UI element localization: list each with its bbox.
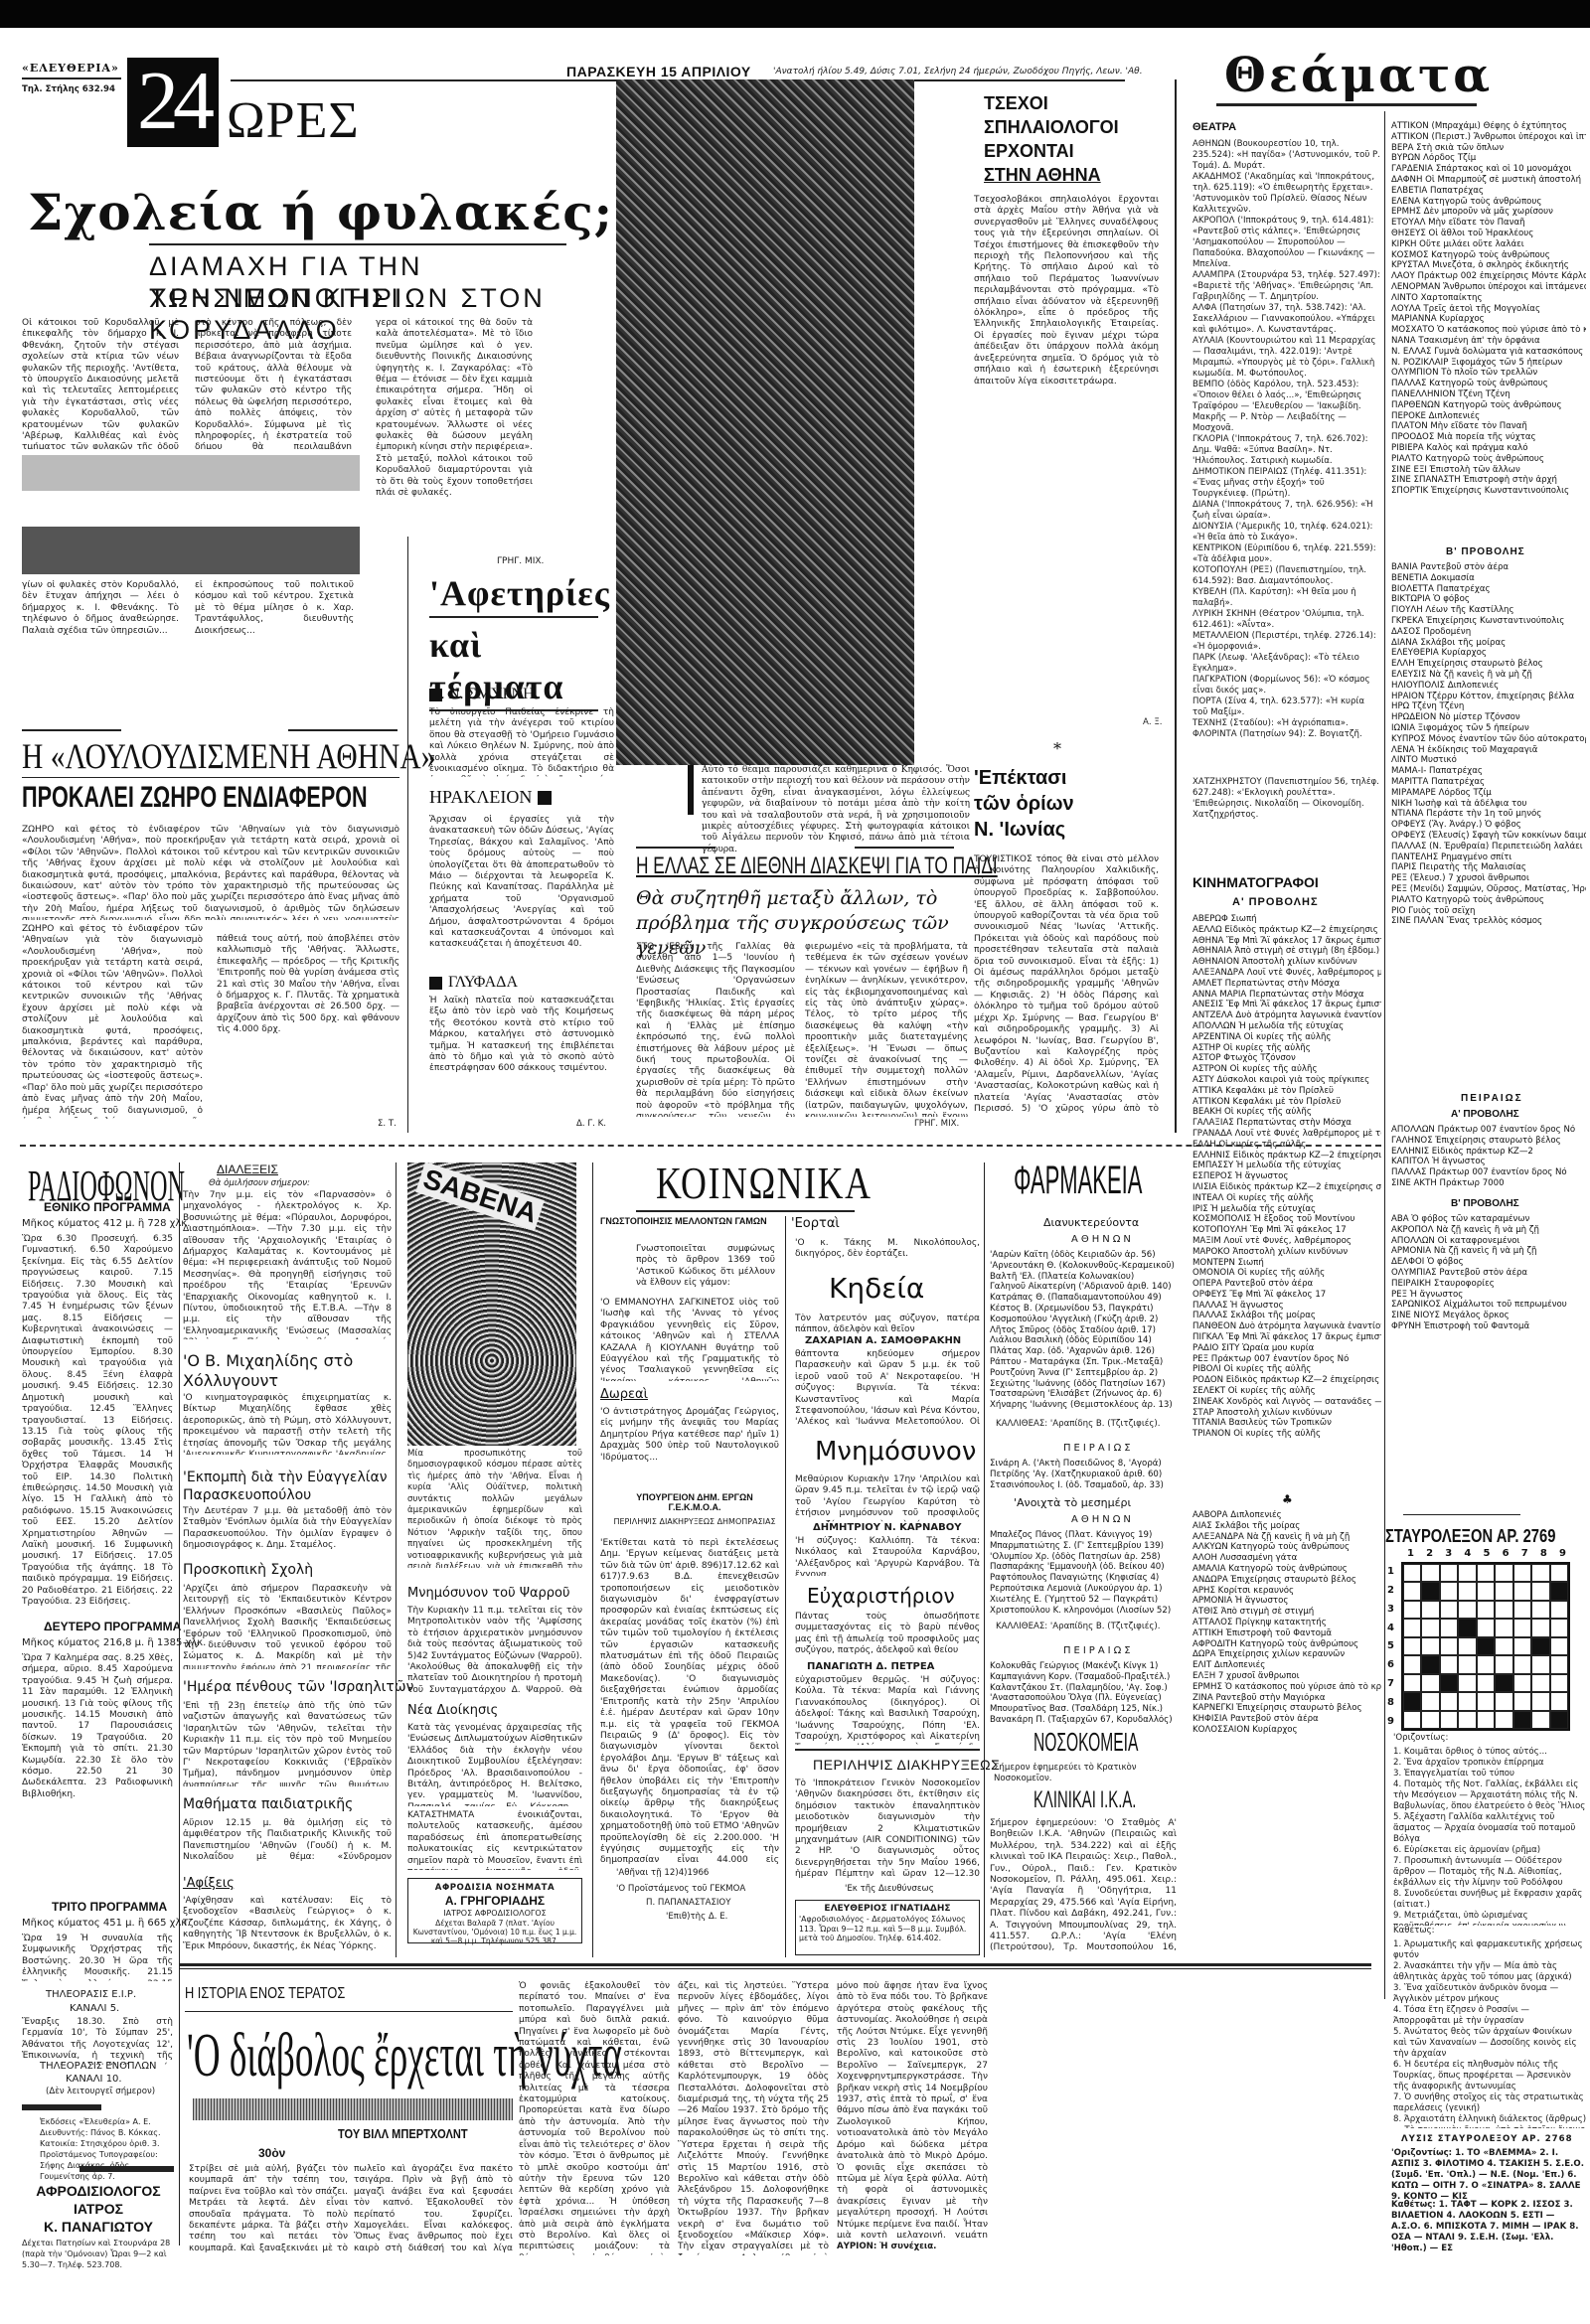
- cinema-entry: ΟΡΦΕΥΣ Ἔφ Μπὶ Ἄϊ φάκελος 17: [1192, 1290, 1381, 1301]
- noon-kallithea: ΚΑΛΛΙΘΕΑΣ: 'Αραπίδης Β. (Τζιτζιφιές).: [996, 1622, 1175, 1632]
- crossword-cell[interactable]: [1458, 1582, 1476, 1600]
- crossword-cell[interactable]: [1495, 1619, 1512, 1636]
- pharmacy-entry: Βαλτῆ 'Ελ. (Πλατεία Κολωνακίου): [990, 1272, 1177, 1283]
- tender-body: Τὸ 'Ιπποκράτειον Γενικὸν Νοσοκομεῖον 'Αθ…: [795, 1779, 980, 1878]
- flowered-body-col2: πάθειά τους αὐτή, ποὺ ἀποβλέπει στὸν καλ…: [217, 934, 399, 1113]
- cinema-entry: ΠΑΛΛΑΣ (Ν. Ἐρυθραία) Περιπετειώδη λαλάει: [1391, 842, 1586, 852]
- divider: [149, 243, 566, 245]
- crossword-cell[interactable]: [1458, 1655, 1476, 1673]
- cinema-entry: ΓΚΡΕΚΑ Ἐπιχείρησις Κωνσταντινούπολις: [1391, 616, 1586, 627]
- cinema-entry: ΕΤΟΥΑΛ Μὴν εἴδατε τὸν Παναῆ: [1391, 218, 1586, 229]
- cinema-entry: ΖΙΝΑ Ραντεβοῦ στὴν Μαγιόρκα: [1192, 1693, 1381, 1704]
- cinema-entry: ΟΡΦΕΥΣ (Ἅγ. Ἀνάργ.) Ὁ φόβος: [1391, 820, 1586, 831]
- thanks-title: Εὐχαριστήριον: [807, 1584, 955, 1608]
- clue: 4. Τόσα ἔτη ἔζησεν ὁ Ροσσίνι — Ἀπορροφᾶτ…: [1393, 2005, 1588, 2027]
- column-rule: [1175, 79, 1177, 1133]
- irakleion-body: Ἄρχισαν οἱ ἐργασίες γιὰ τὴν ἀνακατασκευὴ…: [429, 815, 614, 964]
- clue: 7. Προσωπικὴ ἀντωνυμία — Οὐδέτερον ἄρθρο…: [1393, 1856, 1588, 1889]
- crossword-cell[interactable]: [1458, 1564, 1476, 1582]
- smyrni-body: Τὸ ὑπουργεῖο Παιδείας ἐνέκρινε τὴ μελέτη…: [429, 707, 614, 777]
- clue: 6. Εὑρίσκεται εἰς ἁρμονίαν (ρῆμα): [1393, 1845, 1588, 1856]
- cinemas-right-top-list: ΑΤΤΙΚΟΝ (Μπραχάμι) Θέφης ὁ ἐχτύπητος ΑΤΤ…: [1391, 121, 1586, 548]
- cinema-entry: ΡΙΑΛΤΟ Κατηγορῶ τοὺς ἀνθρώπους: [1391, 895, 1586, 906]
- pharmacy-entry: Ράπτου - Ματαράγκα (Σπ. Τρικ.-Μεταξᾶ): [990, 1357, 1177, 1368]
- cinema-entry: ΑΤΤΙΚΟΝ Κεφαλάκι μὲ τὸν Πρίσλεϋ: [1192, 1097, 1381, 1108]
- piraeus-title: ΠΕΙΡΑΙΩΣ: [1461, 1093, 1523, 1104]
- cinema-entry: ΟΡΦΕΥΣ (Ἐλευσίς) Σφαγὴ τῶν κοκκίνων δαιμ…: [1391, 831, 1586, 842]
- crossword-cell[interactable]: [1531, 1655, 1549, 1673]
- crossword-cell[interactable]: [1458, 1637, 1476, 1655]
- pharmacy-entry: 'Ολυμπίου Χρ. (ὁδὸς Πατησίων ἀρ. 258): [990, 1552, 1177, 1563]
- clue: 5. Ἀξέχαστη Γαλλίδα καλλιτέχνις τοῦ ἄσμα…: [1393, 1812, 1588, 1845]
- solution-across: 'Οριζοντίως: 1. ΤΟ «ΒΛΕΜΜΑ» 2. Ι. ΑΣΠΙΣ …: [1391, 2148, 1586, 2203]
- crossword-cell[interactable]: [1531, 1619, 1549, 1636]
- clue: 3. Ἕνα χαϊδευτικὸν ἀνδρικὸν ὄνομα — Ἀγγλ…: [1393, 1983, 1588, 2005]
- crossword-cell[interactable]: [1421, 1692, 1439, 1710]
- czech-headline-line: ΣΤΗΝ ΑΘΗΝΑ: [984, 163, 1183, 187]
- cinema-entry: ΣΙΝΕ ΕΞΙ Ἐπιστολὴ τῶν ἄλλων: [1391, 465, 1586, 476]
- cinema-entry: ΠΑΡΘΕΝΩΝ Κατηγορῶ τοὺς ἀνθρώπους: [1391, 400, 1586, 411]
- cinema-entry: ΣΠΟΡΤΙΚ Ἐπιχείρησις Κωνσταντινούπολις: [1391, 486, 1586, 497]
- crossword-cell[interactable]: [1513, 1655, 1531, 1673]
- divider: [855, 847, 954, 849]
- new-admin-title: Νέα Διοίκησις: [407, 1703, 498, 1718]
- solution-title: ΛΥΣΙΣ ΣΤΑΥΡΟΛΕΞΟΥ ΑΡ. 2768: [1401, 2134, 1573, 2145]
- clue: 1. Κοιμᾶται ὄρθιος ὁ τύπος αὐτός...: [1393, 1747, 1588, 1758]
- crossword-cell[interactable]: [1550, 1655, 1568, 1673]
- public-works-title: ΥΠΟΥΡΓΕΙΟΝ ΔΗΜ. ΕΡΓΩΝ Γ.Ε.Κ.Μ.Ο.Α.: [610, 1492, 779, 1512]
- epektasi-body: ΤΟΥΡΙΣΤΙΚΟΣ τόπος θὰ εἶναι στὸ μέλλον ἡ …: [974, 854, 1159, 1113]
- crossword-cell[interactable]: [1513, 1619, 1531, 1636]
- square-bullet-icon: [429, 977, 442, 990]
- theatre-entry: ΛΥΡΙΚΗ ΣΚΗΝΗ (Θέατρον 'Ολύμπια, τηλ. 612…: [1192, 609, 1381, 631]
- crossword-cell[interactable]: [1458, 1692, 1476, 1710]
- piraeus-first-list: ΑΠΟΛΛΩΝ Πράκτωρ 007 ἐναντίον δρος Νό ΓΑΛ…: [1391, 1125, 1586, 1192]
- theatre-entry: ΑΚΡΟΠΟΛ ('Ιπποκράτους 9, τηλ. 614.481): …: [1192, 216, 1381, 270]
- czech-body: Τσεχοσλοβάκοι σπηλαιολόγοι ἔρχονται στὰ …: [974, 195, 1159, 719]
- row-number: 2: [1387, 1585, 1399, 1596]
- cinema-entry: ΑΛΕΞΑΝΔΡΑ Λουῒ ντὲ Φυνές, λαθρέμπορος μὲ…: [1192, 968, 1381, 979]
- crossword-cell[interactable]: [1403, 1711, 1421, 1729]
- theatre-entry: ΠΟΡΤΑ (Σίνα 4, τηλ. 623.577): «Ἡ κυρία τ…: [1192, 697, 1381, 718]
- tender-sign: 'Εκ τῆς Διευθύνσεως: [845, 1884, 934, 1895]
- crossword-cell[interactable]: [1421, 1601, 1439, 1619]
- cinema-entry: Ν. ΡΟΖΙΚΛΑΙΡ Ξιφομάχος τῶν 5 ἠπείρων: [1391, 358, 1586, 369]
- new-admin-body: Κατὰ τὰς γενομένας ἀρχαιρεσίας τῆς 'Ενώσ…: [407, 1723, 582, 1806]
- crossword-cell[interactable]: [1513, 1674, 1531, 1692]
- cinema-entry: ΒΥΡΩΝ Λόρδος Τζίμ: [1391, 153, 1586, 164]
- monster-col-2: πωλεῖο καὶ ἀγοράζει ἕνα πακέτο τσιγάρα. …: [354, 2164, 513, 2253]
- czech-headline: ΤΣΕΧΟΙ ΣΠΗΛΑΙΟΛΟΓΟΙ ΕΡΧΟΝΤΑΙ ΣΤΗΝ ΑΘΗΝΑ: [984, 91, 1183, 187]
- pharmacy-entry: Τσατσαρώνη 'Ελισάβετ (Ζήνωνος ἀρ. 6): [990, 1389, 1177, 1400]
- cinema-entry: ΚΑΡΝΕΓΚΙ Ἐπιχείρησις σταυρωτὸ βέλος: [1192, 1703, 1381, 1714]
- cinema-entry: ΚΡΥΣΤΑΛ Μινεζότα, ὁ σκληρὸς ἐκδικητής: [1391, 260, 1586, 271]
- crossword-cell[interactable]: [1403, 1637, 1421, 1655]
- lead-headline: Σχολεία ή φυλακές;: [28, 183, 613, 241]
- memorial-body: Μεθαύριον Κυριακὴν 17ην 'Απριλίου καὶ ὥρ…: [795, 1474, 980, 1522]
- cinema-entry: ΣΙΝΕΑΚ Χονδρὸς καὶ Λιγνὸς — σατανάδες — …: [1192, 1397, 1381, 1408]
- crossword-title: ΣΤΑΥΡΟΛΕΞΟΝ ΑΡ. 2769: [1385, 1526, 1553, 1547]
- cinema-entry: ΗΡΩ Τζένη Τζένη: [1391, 701, 1586, 712]
- crossword-black-cell: [1421, 1655, 1439, 1673]
- section-rule: [179, 1963, 1371, 1966]
- hospitals-title: ΝΟΣΟΚΟΜΕΙΑ: [1033, 1727, 1138, 1758]
- cinema-entry: ΑΠΟΛΛΩΝ Οἱ καταφρονεμένοι: [1391, 1236, 1586, 1247]
- column-rule: [592, 1162, 593, 1957]
- irakleion-header: ΗΡΑΚΛΕΙΟΝ: [429, 787, 552, 808]
- cinema-entry: ΡΕΞ (Ἐλευσ.) 7 χρυσοὶ ἄνθρωποι: [1391, 873, 1586, 884]
- cinema-entry: ΗΡΩΔΕΙΟΝ Νὸ μίστερ Τζόνσον: [1391, 712, 1586, 723]
- crossword-cell[interactable]: [1513, 1692, 1531, 1710]
- cinema-entry: ΓΡΑΝΑΔΑ Λουῒ ντὲ Φυνές λαθρέμπορος μὲ τὸ…: [1192, 1129, 1381, 1140]
- crossword-row-numbers: 123456789: [1387, 1562, 1399, 1731]
- section-separator: [20, 1145, 1381, 1147]
- crossword-cell[interactable]: [1477, 1711, 1495, 1729]
- crossword-cell[interactable]: [1513, 1564, 1531, 1582]
- cinema-entry: ΡΙΒΟΛΙ Οἱ κυρίες τῆς αὐλῆς: [1192, 1364, 1381, 1375]
- crossword-cell[interactable]: [1550, 1692, 1568, 1710]
- lead-col-1: Οἱ κάτοικοι τοῦ Κορυδαλλοῦ, μὲ ἐπικεφαλῆ…: [22, 318, 179, 449]
- thanks-body: Πάντας τοὺς ὁπωσδήποτε συμμετασχόντας εἰ…: [795, 1612, 980, 1659]
- crossword-cell[interactable]: [1440, 1564, 1458, 1582]
- crossword-cell[interactable]: [1513, 1582, 1531, 1600]
- theatre-entry: ΧΑΤΖΗΧΡΗΣΤΟΥ (Πανεπιστημίου 56, τηλέφ. 6…: [1192, 777, 1381, 841]
- cinema-entry: ΠΑΝΤΕΛΗΣ Ρημαγμένο σπίτι: [1391, 852, 1586, 863]
- crossword-cell[interactable]: [1495, 1692, 1512, 1710]
- down-clues: 1. Ἀρωματικῆς καὶ φαρμακευτικῆς χρήσεως …: [1393, 1939, 1588, 2128]
- theatre-entry: ΦΛΟΡΙΝΤΑ (Πατησίων 94): Ζ. Βογιατζῆ.: [1192, 729, 1381, 740]
- crossword-cell[interactable]: [1495, 1637, 1512, 1655]
- cinema-entry: ΟΛΥΜΠΙΑΣ Ραντεβοῦ στὸν ἀέρα: [1391, 1268, 1586, 1279]
- cinema-entry: ΜΑΡΙΤΤΑ Παπατρέχας: [1391, 777, 1586, 788]
- pharmacy-entry: Πετρίδης 'Αγ. (Χατζηκυριακοῦ ἀριθ. 60): [990, 1470, 1177, 1480]
- lecture-item-body: 'Ο κινηματογραφικὸς ἐπιχειρηματίας κ. Βί…: [183, 1393, 392, 1455]
- pharmacy-entry: Πλάτας Χαρ. (ὁδ. 'Αχαρνῶν ἀριθ. 126): [990, 1346, 1177, 1357]
- crossword-cell[interactable]: [1403, 1655, 1421, 1673]
- noon-athens-list: Μπαλέζος Πάνος (Πλατ. Κάνιγγος 19) Μπαρμ…: [990, 1530, 1177, 1620]
- crossword-cell[interactable]: [1458, 1601, 1476, 1619]
- noon-athens-title: ΑΘΗΝΩΝ: [1071, 1514, 1134, 1525]
- across-title: 'Οριζοντίως:: [1393, 1733, 1448, 1744]
- cinema-entry: ΔΑΣΟΣ Προδομένη: [1391, 627, 1586, 638]
- crossword-cell[interactable]: [1495, 1711, 1512, 1729]
- crossword-cell[interactable]: [1495, 1601, 1512, 1619]
- pharmacy-entry: Ρουτζούνη Ἄννα (Γ' Σεπτεμβρίου ἀρ. 2): [990, 1368, 1177, 1379]
- psarros-title: Μνημόσυνον τοῦ Ψαρροῦ: [407, 1586, 570, 1601]
- tv-channel: ΚΑΝΑΛΙ 5.: [70, 2003, 119, 2014]
- paper-name: «ΕΛΕΥΘΕΡΙΑ»: [22, 62, 119, 75]
- cinema-entry: ΠΕΡΟΚΕ Διπλοπενιές: [1391, 411, 1586, 422]
- first-run-list: ΑΒΕΡΩΦ Σιωπή ΑΕΛΛΩ Εἰδικὸς πράκτωρ ΚΖ—2 …: [1192, 914, 1381, 1490]
- cinema-entry: ΡΟΔΟΝ Εἰδικὸς πράκτωρ ΚΖ—2 ἐπιχείρησις σ…: [1192, 1375, 1381, 1386]
- cinema-entry: ΑΠΟΛΛΩΝ Πράκτωρ 007 ἐναντίον δρος Νό: [1391, 1125, 1586, 1136]
- crossword-black-cell: [1403, 1692, 1421, 1710]
- cinema-entry: ΛΕΝΑ Ἡ ἐκδίκησις τοῦ Μαχαραγιᾶ: [1391, 745, 1586, 756]
- funeral-name: ΖΑΧΑΡΙΑΝ Α. ΣΑΜΟΘΡΑΚΗΝ: [805, 1335, 961, 1346]
- conference-body-col1: ΣΤΟ 'Εβιὰν τῆς Γαλλίας θὰ συνέλθη ἀπὸ 1—…: [636, 942, 795, 1117]
- divider: [185, 2011, 513, 2012]
- column-number: 1: [1407, 1548, 1414, 1559]
- pharmacy-entry: Λιάλιου Βασιλικὴ (ὁδὸς Εὐριπίδου 14): [990, 1335, 1177, 1346]
- crossword-cell[interactable]: [1550, 1619, 1568, 1636]
- pharmacy-entry: Ραφτόπουλος Παναγιώτης (Κηφισίας 4): [990, 1573, 1177, 1584]
- crossword-cell[interactable]: [1531, 1601, 1549, 1619]
- tv2-status: (Δὲν λειτουργεῖ σήμερον): [46, 2087, 155, 2097]
- third-schedule: Ὥρα 19 Ἡ συναυλία τῆς Συμφωνικῆς Ὀρχήστρ…: [22, 1934, 173, 1981]
- crossword-cell[interactable]: [1403, 1582, 1421, 1600]
- crossword-cell[interactable]: [1477, 1655, 1495, 1673]
- glyfada-title: ΓΛΥΦΑΔΑ: [448, 974, 518, 992]
- cinema-entry: ΚΟΤΟΠΟΥΛΗ Ἔφ Μπὶ Ἄϊ φάκελος 17: [1192, 1225, 1381, 1236]
- clue: 5. Ἀνώτατος θεὸς τῶν ἀρχαίων Φοινίκων κα…: [1393, 2027, 1588, 2060]
- ad-line: ΑΦΡΟΔΙΣΙΟΛΟΓΟΣ: [24, 2182, 173, 2200]
- column-number: 3: [1445, 1548, 1452, 1559]
- lecture-item-title: 'Ο Β. Μιχαηλίδης στὸ Χόλλυγουντ: [183, 1351, 392, 1391]
- lectures-intro: Θὰ ὁμιλήσουν σήμερον:: [209, 1178, 310, 1189]
- first-run-title: Α' ΠΡΟΒΟΛΗΣ: [1232, 896, 1319, 908]
- cinema-entry: ΑΤΤΙΚΟΝ (Μπραχάμι) Θέφης ὁ ἐχτύπητος: [1391, 121, 1586, 132]
- cinema-entry: ΑΤΤΑΛΟΣ Πρίγκηψ κατακτητής: [1192, 1618, 1381, 1628]
- cinema-entry: ΠΡΟΟΔΟΣ Μιὰ πορεία τῆς νύχτας: [1391, 432, 1586, 443]
- crossword-cell[interactable]: [1477, 1692, 1495, 1710]
- lectures-title: ΔΙΑΛΕΞΕΙΣ: [217, 1162, 278, 1176]
- crossword-cell[interactable]: [1458, 1674, 1476, 1692]
- national-schedule: Ὥρα 6.30 Προσευχή. 6.35 Γυμναστική. 6.50…: [22, 1234, 173, 1612]
- pharmacy-entry: 'Αρνεουτάκη Θ. (Κολοκυνθοῦς-Κεραμεικοῦ): [990, 1261, 1177, 1272]
- cinema-entry: ΑΕΛΛΩ Εἰδικὸς πράκτωρ ΚΖ—2 ἐπιχείρησις σ…: [1192, 925, 1381, 936]
- cinema-entry: ΑΠΟΛΛΩΝ Ἡ μελωδία τῆς εὐτυχίας: [1192, 1021, 1381, 1032]
- divider: [1403, 1514, 1520, 1515]
- square-bullet-icon: [538, 791, 552, 805]
- cinema-entry: ΕΛΙΤ Διπλοπενιές: [1192, 1660, 1381, 1671]
- cinema-entry: ΔΙΑΝΑ Σκλάβοι τῆς μοίρας: [1391, 638, 1586, 649]
- crossword-cell[interactable]: [1531, 1692, 1549, 1710]
- memorial-name: ΔΗΜΗΤΡΙΟΥ Ν. ΚΑΡΝΑΒΟΥ: [813, 1522, 961, 1533]
- pharmacy-entry: Ρερπούτσικα Λεμονιὰ (Λυκούργου ἀρ. 1): [990, 1584, 1177, 1595]
- pharmacy-entry: Χιωτέλης Ε. (Ὑμηττοῦ 52 — Παγκράτι): [990, 1595, 1177, 1606]
- crossword-cell[interactable]: [1495, 1655, 1512, 1673]
- flowered-body: ΖΩΗΡΟ καὶ φέτος τὸ ἐνδιαφέρον τῶν 'Αθηνα…: [22, 825, 399, 920]
- decorative-band: [193, 2098, 513, 2120]
- crossword-cell[interactable]: [1477, 1601, 1495, 1619]
- cinema-entry: ΝΤΙΑΝΑ Περάστε τὴν 1η τοῦ μηνός: [1391, 809, 1586, 820]
- name-days-body: 'Ο κ. Τάκης Μ. Νικολόπουλος, δικηγόρος, …: [795, 1238, 980, 1264]
- conference-headline: Η ΕΛΛΑΣ ΣΕ ΔΙΕΘΝΗ ΔΙΑΣΚΕΨΙ ΓΙΑ ΤΟ ΠΑΙΔΙ: [636, 852, 998, 880]
- cinema-entry: ΕΛΕΥΣΙΣ Νὰ ζῇ κανεὶς ἢ νὰ μὴ ζῇ: [1391, 670, 1586, 681]
- epektasi-headline: 'Επέκτασι τῶν ὁρίων Ν. 'Ιωνίας: [974, 765, 1074, 843]
- third-wave: Μῆκος κύματος 451 μ. ἢ 665 χλκ.: [22, 1918, 190, 1929]
- czech-headline-line: ΣΠΗΛΑΙΟΛΟΓΟΙ: [984, 115, 1183, 139]
- crossword-black-cell: [1531, 1637, 1549, 1655]
- cinema-entry: ΚΟΣΜΟΠΟΛΙΣ Ἡ ἔξοδος τοῦ Μοντίνου: [1192, 1214, 1381, 1225]
- crossword-cell[interactable]: [1477, 1582, 1495, 1600]
- ad-spec: ΙΑΤΡΟΣ ΑΦΡΟΔΙΣΙΟΛΟΓΟΣ: [412, 1908, 577, 1919]
- cinema-entry: ΗΛΙΟΥΠΟΛΙΣ Διπλοπενιές: [1391, 681, 1586, 692]
- crossword-cell[interactable]: [1403, 1601, 1421, 1619]
- crossword-cell[interactable]: [1477, 1674, 1495, 1692]
- row-number: 8: [1387, 1697, 1399, 1708]
- crossword-cell[interactable]: [1495, 1564, 1512, 1582]
- crossword-cell[interactable]: [1403, 1564, 1421, 1582]
- ad-venereologist: ΑΦΡΟΔΙΣΙΟΛΟΓΟΣ ΙΑΤΡΟΣ Κ. ΠΑΝΑΓΙΩΤΟΥ: [24, 2182, 173, 2236]
- crossword-cell[interactable]: [1550, 1564, 1568, 1582]
- marriage-title: ΓΝΩΣΤΟΠΟΙΗΣΙΣ ΜΕΛΛΟΝΤΩΝ ΓΑΜΩΝ: [600, 1216, 779, 1226]
- theamata-rule: [1216, 103, 1477, 106]
- hospitals-body: Σήμερον ἐφημερεύει τὸ Κρατικὸν Νοσοκομεῖ…: [994, 1763, 1177, 1784]
- lecture-item-title: Προσκοπικὴ Σχολὴ: [183, 1562, 313, 1578]
- crossword-cell[interactable]: [1421, 1637, 1439, 1655]
- crossword-cell[interactable]: [1513, 1601, 1531, 1619]
- cinema-entry: ΜΟΝΤΕΡΝ Σιωπή: [1192, 1258, 1381, 1269]
- cinema-entry: ΑΛΚΥΩΝ Κατηγορῶ τοὺς ἀνθρώπους: [1192, 1542, 1381, 1553]
- cinema-entry: ΑΒΑ Ὁ φόβος τῶν καταραμένων: [1391, 1214, 1586, 1225]
- row-number: 9: [1387, 1716, 1399, 1727]
- second-run-list: ΑΑΒΟΡΑ Διπλοπενιές ΑΙΑΣ Σκλάβοι τῆς μοίρ…: [1192, 1510, 1381, 1749]
- crossword-cell[interactable]: [1440, 1711, 1458, 1729]
- sabena-caption: Μία προσωπικότης τοῦ δημοσιογραφικοῦ κόσ…: [407, 1449, 582, 1568]
- cinema-entry: ΜΑΜΑ-Ι- Παπατρέχας: [1391, 766, 1586, 777]
- tv-title: ΤΗΛΕΟΡΑΣΙΣ Ε.Ι.Ρ.: [46, 1989, 136, 2000]
- crossword-cell[interactable]: [1550, 1601, 1568, 1619]
- cinema-entry: ΣΙΝΕ ΠΑΛΑΝ Ἕνας τρελλὸς κόσμος: [1391, 916, 1586, 927]
- crossword-cell[interactable]: [1440, 1637, 1458, 1655]
- cinema-entry: ΠΑΛΛΑΣ Σκλάβοι τῆς μοίρας: [1192, 1311, 1381, 1321]
- cinema-entry: ΘΗΣΕΥΣ Οἱ ἄθλοι τοῦ Ἡρακλέους: [1391, 229, 1586, 239]
- cinema-entry: ΣΕΛΕΚΤ Οἱ κυρίες τῆς αὐλῆς: [1192, 1386, 1381, 1397]
- pharmacy-entry: Καμπαγιάννη Κορν. (Τσαμαδοῦ-Πραξιτέλ.): [990, 1672, 1177, 1683]
- crossword-cell[interactable]: [1440, 1582, 1458, 1600]
- crossword-black-cell: [1550, 1582, 1568, 1600]
- funeral-body: Τὸν λατρευτόν μας σύζυγον, πατέρα πάππον…: [795, 1314, 980, 1335]
- public-works-date: 'Αθῆναι τῇ 12)4)1966: [616, 1868, 709, 1879]
- monster-col-5: μόνο ποὺ ἄφησε ἦταν ἕνα ἴχνος ἀπὸ τὸ ἕνα…: [837, 1981, 988, 2238]
- column-number: 5: [1484, 1548, 1491, 1559]
- cinema-entry: ΚΟΛΟΣΣΑΙΟΝ Κυρίαρχος: [1192, 1725, 1381, 1736]
- theatre-entry: ΚΟΤΟΠΟΥΛΗ (ΡΕΞ) (Πανεπιστημίου, τηλ. 614…: [1192, 565, 1381, 587]
- tender-title: ΠΕΡΙΛΗΨΙΣ ΔΙΑΚΗΡΥΞΕΩΣ: [813, 1757, 1000, 1773]
- column-rule: [785, 1216, 786, 1957]
- crossword-cell[interactable]: [1531, 1711, 1549, 1729]
- crossword-cell[interactable]: [1550, 1637, 1568, 1655]
- cinema-entry: ΑΦΡΟΔΙΤΗ Κατηγορῶ τοὺς ἀνθρώπους: [1192, 1639, 1381, 1650]
- tv-schedule: Ἔναρξις 18.30. Σπὸ στὴ Γερμανία 10', Τὸ …: [22, 2017, 173, 2065]
- crossword-cell[interactable]: [1403, 1619, 1421, 1636]
- piraeus-first-title: Α' ΠΡΟΒΟΛΗΣ: [1451, 1109, 1519, 1120]
- crossword-cell[interactable]: [1421, 1711, 1439, 1729]
- lecture-item-title: 'Αφίξεις: [183, 1876, 235, 1891]
- crossword-cell[interactable]: [1495, 1582, 1512, 1600]
- monster-col-1: Στρίβει σὲ μιὰ αὐλή, βγάζει τὸν κουμπαρᾶ…: [189, 2164, 348, 2253]
- cinema-entry: ΚΟΣΜΟΣ Κατηγορῶ τοὺς ἀνθρώπους: [1391, 250, 1586, 261]
- thanks-body2: εὐχαριστοῦμεν θερμῶς. 'Η σύζυγος: Κούλα.…: [795, 1675, 980, 1745]
- crossword-cell[interactable]: [1440, 1619, 1458, 1636]
- cinema-entry: ΙΛΙΣΙΑ Εἰδικὸς πράκτωρ ΚΖ—2 ἐπιχείρησις …: [1192, 1182, 1381, 1193]
- crossword-cell[interactable]: [1513, 1637, 1531, 1655]
- cinema-entry: ΠΑΛΛΑΣ Πράκτωρ 007 ἐναντίον δρος Νό: [1391, 1167, 1586, 1178]
- crossword-cell[interactable]: [1421, 1619, 1439, 1636]
- cinema-entry: ΑΙΑΣ Σκλάβοι τῆς μοίρας: [1192, 1521, 1381, 1532]
- flowered-body-col1: ΖΩΗΡΟ καὶ φέτος τὸ ἐνδιαφέρον τῶν 'Αθηνα…: [22, 924, 203, 1119]
- row-number: 7: [1387, 1678, 1399, 1689]
- memorial-title: Μνημόσυνον: [815, 1437, 976, 1467]
- crossword-cell[interactable]: [1531, 1582, 1549, 1600]
- marriage-body: 'Ο ΕΜΜΑΝΟΥΗΛ ΣΑΓΚΙΝΕΤΟΣ υἱὸς τοῦ 'Ιωσὴφ …: [600, 1298, 779, 1381]
- cinema-entry: ΛΟΥΛΑ Τρεῖς ἀετοὶ τῆς Μογγολίας: [1391, 304, 1586, 315]
- row-number: 3: [1387, 1604, 1399, 1615]
- crossword-cell[interactable]: [1477, 1619, 1495, 1636]
- cinema-entry: ΓΙΟΥΛΗ Λέων τῆς Καστίλλης: [1391, 605, 1586, 616]
- cinema-entry: ΡΑΔΙΟ ΣΙΤΥ Ὡραία μου κυρία: [1192, 1343, 1381, 1354]
- phone-number: Τηλ. Στήλης 632.94: [22, 84, 115, 95]
- column-rule: [984, 1162, 985, 1957]
- pharm-athens-title: ΑΘΗΝΩΝ: [1071, 1234, 1134, 1245]
- column-number: 6: [1503, 1548, 1510, 1559]
- public-works-sub: ΠΕΡΙΛΗΨΙΣ ΔΙΑΚΗΡΥΞΕΩΣ ΔΗΜΟΠΡΑΣΙΑΣ: [610, 1516, 779, 1527]
- piraeus-second-title: Β' ΠΡΟΒΟΛΗΣ: [1451, 1198, 1519, 1209]
- conference-body-col2: φιερωμένο «εἰς τὰ προβλήματα, τὰ τεθέμεν…: [805, 942, 968, 1117]
- square-bullet-icon: [429, 689, 442, 701]
- pharmacy-entry: Χριστοπούλου Κ. κληρονόμοι (Λιοσίων 52): [990, 1606, 1177, 1617]
- across-clues: 1. Κοιμᾶται ὄρθιος ὁ τύπος αὐτός... 2. Ἕ…: [1393, 1747, 1588, 1926]
- crossword-cell[interactable]: [1403, 1674, 1421, 1692]
- crossword-grid[interactable]: [1401, 1562, 1570, 1731]
- lead-col-1b: γίων οἱ φυλακὲς στὸν Κορυδαλλό, δὲν ἔτυχ…: [22, 580, 179, 709]
- cinema-entry: ΔΕΛΦΟΙ Ὁ φόβος: [1391, 1257, 1586, 1268]
- pharmacy-entry: Σεχιώτης 'Ιωάννης (ὁδὸς Πατησίων 167): [990, 1379, 1177, 1390]
- crossword-cell[interactable]: [1421, 1564, 1439, 1582]
- column-number: 4: [1464, 1548, 1471, 1559]
- asterisk-separator: *: [1053, 739, 1061, 758]
- thanks-name: ΠΑΝΑΓΙΩΤΗ Δ. ΠΕΤΡΕΑ: [807, 1661, 934, 1672]
- cinema-entry: ΕΛΒΕΤΙΑ Παπατρέχας: [1391, 186, 1586, 197]
- cinema-entry: ΒΑΝΙΑ Ραντεβοῦ στὸν ἀέρα: [1391, 562, 1586, 573]
- cinema-entry: ΒΕΑΚΗ Οἱ κυρίες τῆς αὐλῆς: [1192, 1107, 1381, 1118]
- irakleion-title: ΗΡΑΚΛΕΙΟΝ: [429, 787, 532, 808]
- crossword-cell[interactable]: [1458, 1711, 1476, 1729]
- cinema-entry: ΡΙΟ Γυιὸς τοῦ σεΐχη: [1391, 906, 1586, 917]
- public-works-body: 'Εκτίθεται κατὰ τὸ περὶ ἐκτελέσεως Δημ. …: [600, 1538, 779, 1866]
- doctor-ad: ΑΦΡΟΔΙΣΙΑ ΝΟΣΗΜΑΤΑ Α. ΓΡΗΓΟΡΙΑΔΗΣ ΙΑΤΡΟΣ…: [407, 1878, 582, 1943]
- cinema-entry: ΜΑΡΟΚΟ Ἀποστολὴ χιλίων κινδύνων: [1192, 1247, 1381, 1258]
- glyfada-body: Ἡ λαϊκὴ πλατεῖα ποὺ κατασκευάζεται ἔξω ἀ…: [429, 996, 614, 1115]
- ad-venereologist-body: Δέχεται Πατησίων καὶ Στουρνάρα 28 (παρὰ …: [22, 2238, 176, 2270]
- cinema-entry: ΚΗΦΙΣΙΑ Ραντεβοῦ στὸν ἀέρα: [1192, 1714, 1381, 1725]
- crossword-cell[interactable]: [1550, 1674, 1568, 1692]
- pharmacy-entry: Γαληνοῦ Αἰκατερίνη ('Αδριανοῦ ἀριθ. 140): [990, 1282, 1177, 1293]
- theatre-entry: ΚΕΝΤΡΙΚΟΝ (Εὐριπίδου 6, τηλέφ. 221.559):…: [1192, 543, 1381, 565]
- piraeus-second-list: ΑΒΑ Ὁ φόβος τῶν καταραμένων ΑΚΡΟΠΟΛ Νὰ ζ…: [1391, 1214, 1586, 1335]
- cinema-entry: Ν. ΕΛΛΑΣ Γυμνὰ δολώματα γιὰ κατασκόπους: [1391, 347, 1586, 358]
- crossword-cell[interactable]: [1440, 1692, 1458, 1710]
- monster-next: ΑΥΡΙΟΝ: Ἡ συνέχεια.: [837, 2242, 936, 2252]
- theatre-entry: ΠΑΓΚΡΑΤΙΟΝ (Φορμίωνος 56): «Ὁ κόσμος εἶν…: [1192, 675, 1381, 697]
- cinema-entry: ΝΙΚΗ Ἰωσὴφ καὶ τὰ ἀδέλφια του: [1391, 799, 1586, 810]
- crossword-cell[interactable]: [1531, 1564, 1549, 1582]
- crossword-cell[interactable]: [1440, 1655, 1458, 1673]
- cinema-entry: ΦΡΥΝΗ Ἐπιστροφὴ τοῦ Φαντομᾶ: [1391, 1321, 1586, 1332]
- cinema-entry: ΚΥΠΡΟΣ Μόνος ἐναντίον τῶν δύο αὐτοκρατορ…: [1391, 734, 1586, 745]
- theatres-title: ΘΕΑΤΡΑ: [1192, 121, 1236, 133]
- ika-title: ΚΛΙΝΙΚΑΙ Ι.Κ.Α.: [1033, 1786, 1136, 1814]
- crossword-cell[interactable]: [1477, 1564, 1495, 1582]
- crossword-cell[interactable]: [1531, 1674, 1549, 1692]
- cinema-entry: ΑΛΕΞΑΝΔΡΑ Νὰ ζῇ κανεὶς ἢ νὰ μὴ ζῇ: [1192, 1532, 1381, 1543]
- cinema-entry: ΑΤΤΙΚΟΝ (Περιστ.) Ἄνθρωποι ὑπέροχοι καὶ …: [1391, 132, 1586, 143]
- crossword-cell[interactable]: [1421, 1674, 1439, 1692]
- clue: 4. Ποταμὸς τῆς Νοτ. Γαλλίας, ἐκβάλλει εἰ…: [1393, 1780, 1588, 1812]
- cinema-entry: ΣΑΡΩΝΙΚΟΣ Αἰχμάλωτοι τοῦ πεπρωμένου: [1391, 1300, 1586, 1311]
- crossword-cell[interactable]: [1440, 1601, 1458, 1619]
